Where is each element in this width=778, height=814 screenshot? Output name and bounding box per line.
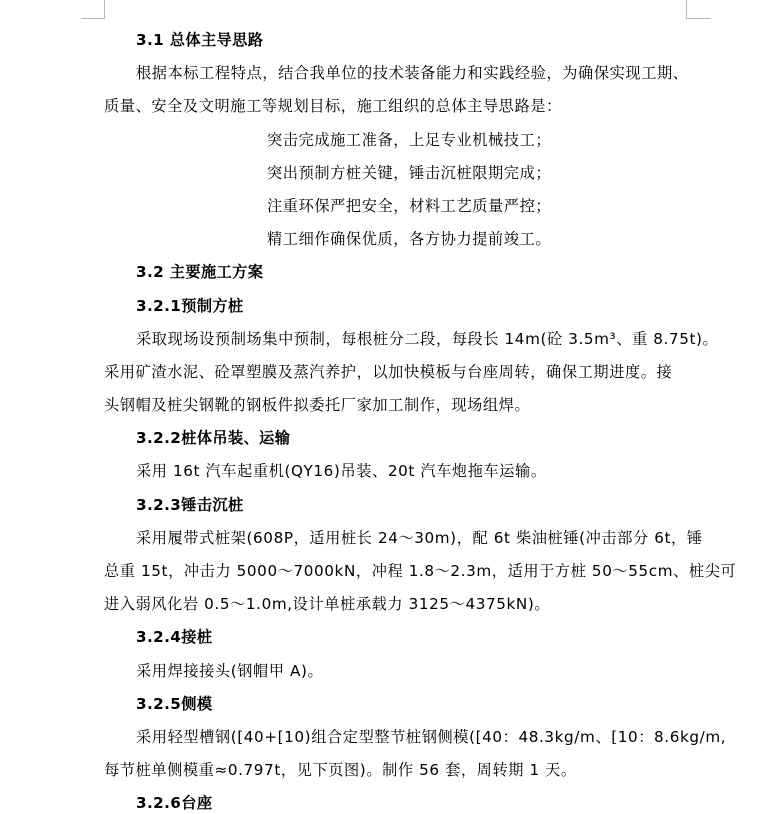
paragraph-line: 每节桩单侧模重≈0.797t，见下页图)。制作 56 套，周转期 1 天。 (104, 754, 688, 787)
paragraph-line: 总重 15t，冲击力 5000～7000kN，冲程 1.8～2.3m，适用于方桩… (104, 555, 688, 588)
section-heading-3-2-1: 3.2.1预制方桩 (104, 290, 688, 323)
section-heading-3-2: 3.2 主要施工方案 (104, 256, 688, 289)
section-heading-3-2-2: 3.2.2桩体吊装、运输 (104, 422, 688, 455)
paragraph-line: 采用 16t 汽车起重机(QY16)吊装、20t 汽车炮拖车运输。 (104, 455, 688, 488)
section-heading-3-2-6: 3.2.6台座 (104, 787, 688, 814)
section-heading-3-2-3: 3.2.3锤击沉桩 (104, 489, 688, 522)
page-corner-mark-top-left (81, 0, 105, 19)
paragraph-line: 采用矿渣水泥、砼罩塑膜及蒸汽养护，以加快模板与台座周转，确保工期进度。接 (104, 356, 688, 389)
paragraph-line: 采取现场设预制场集中预制，每根桩分二段，每段长 14m(砼 3.5m³、重 8.… (104, 323, 688, 356)
paragraph-line: 质量、安全及文明施工等规划目标，施工组织的总体主导思路是： (104, 90, 688, 123)
section-heading-3-1: 3.1 总体主导思路 (104, 24, 688, 57)
principle-line: 注重环保严把安全，材料工艺质量严控； (104, 190, 688, 223)
principle-line: 精工细作确保优质，各方协力提前竣工。 (104, 223, 688, 256)
section-heading-3-2-5: 3.2.5侧模 (104, 688, 688, 721)
section-heading-3-2-4: 3.2.4接桩 (104, 621, 688, 654)
principle-line: 突击完成施工准备，上足专业机械技工； (104, 124, 688, 157)
paragraph-line: 采用焊接接头(钢帽甲 A)。 (104, 655, 688, 688)
paragraph-line: 根据本标工程特点，结合我单位的技术装备能力和实践经验，为确保实现工期、 (104, 57, 688, 90)
principle-line: 突出预制方桩关键，锤击沉桩限期完成； (104, 157, 688, 190)
document-page: 3.1 总体主导思路 根据本标工程特点，结合我单位的技术装备能力和实践经验，为确… (104, 24, 688, 814)
paragraph-line: 采用轻型槽钢([40+[10)组合定型整节桩钢侧模([40：48.3kg/m、[… (104, 721, 688, 754)
paragraph-line: 头钢帽及桩尖钢靴的钢板件拟委托厂家加工制作，现场组焊。 (104, 389, 688, 422)
page-corner-mark-top-right (686, 0, 711, 19)
paragraph-line: 进入弱风化岩 0.5～1.0m,设计单桩承载力 3125～4375kN)。 (104, 588, 688, 621)
paragraph-line: 采用履带式桩架(608P，适用桩长 24～30m)，配 6t 柴油桩锤(冲击部分… (104, 522, 688, 555)
